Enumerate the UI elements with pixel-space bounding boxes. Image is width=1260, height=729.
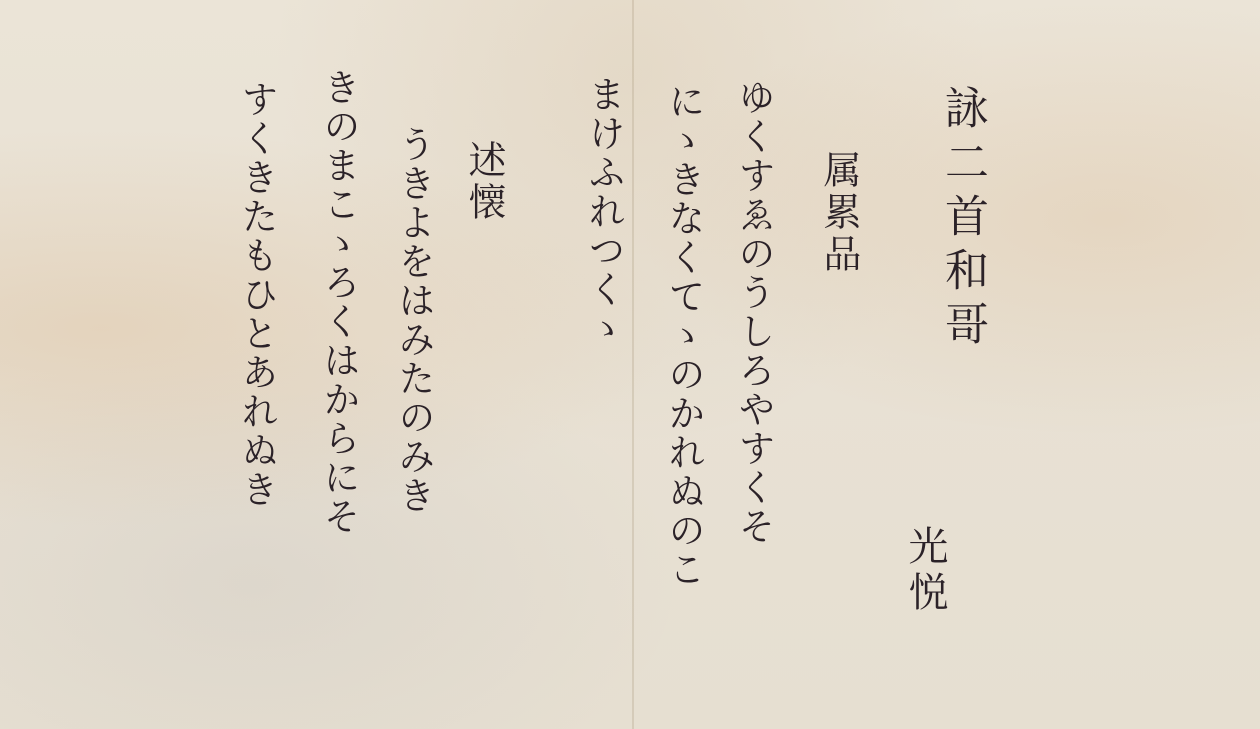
poem-2-line-2: きのまこゝろくはからにそ <box>320 68 357 536</box>
poem-1-line-3: まけふれつくゝ <box>585 75 622 348</box>
document-title: 詠二首和哥 <box>940 85 984 355</box>
poem-2-line-3: すくきたもひとあれぬき <box>238 80 275 509</box>
poem-1-line-2: にゝきなくてゝのかれぬのこ <box>665 82 702 589</box>
fold-line <box>632 0 634 729</box>
poem-1-topic: 属累品 <box>820 150 858 276</box>
poem-2-line-1: うきよをはみたのみき <box>395 125 432 515</box>
author-signature: 光悦 <box>905 525 945 617</box>
poem-1-line-1: ゆくすゑのうしろやすくそ <box>735 78 772 546</box>
poem-2-topic: 述懐 <box>465 140 503 224</box>
paper-sheet: 詠二首和哥 属累品 ゆくすゑのうしろやすくそ にゝきなくてゝのかれぬのこ まけふ… <box>0 0 1260 729</box>
